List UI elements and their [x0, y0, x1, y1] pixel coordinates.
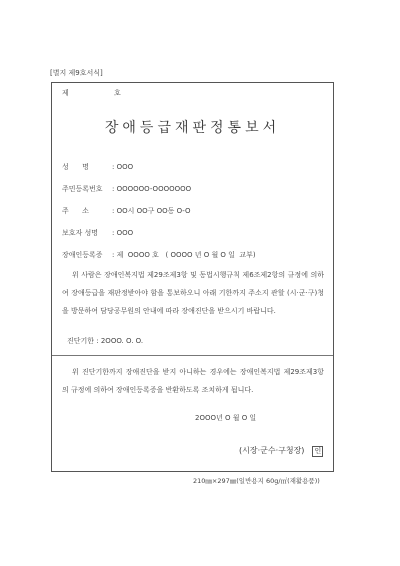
- issue-date: 2OOO년 O 월 O 일: [195, 413, 256, 423]
- seal-icon: 인: [312, 446, 323, 457]
- issuer-signature: (시장·군수·구청장)인: [239, 445, 323, 457]
- issuer-title: (시장·군수·구청장): [239, 446, 304, 455]
- field-value: : 제 OOOO 호 ( OOOO 년 O 월 O 일 교부): [112, 250, 256, 260]
- paper-specification: 210㎜×297㎜(일반용지 60g/㎡(재활용품)): [193, 476, 320, 485]
- field-value: : OOO: [112, 229, 133, 237]
- field-value: : OO시 OO구 OO동 O-O: [112, 206, 191, 216]
- warning-paragraph: 위 진단기한까지 장애진단을 받지 아니하는 경우에는 장애인복지법 제29조제…: [62, 363, 324, 399]
- field-registration-card: 장애인등록증: 제 OOOO 호 ( OOOO 년 O 월 O 일 교부): [62, 250, 256, 260]
- number-suffix: 호: [114, 88, 121, 98]
- form-number: [별지 제9호서식]: [50, 68, 103, 78]
- field-guardian-name: 보호자 성명: OOO: [62, 228, 133, 238]
- section-divider: [52, 355, 333, 356]
- field-label: 주 소: [62, 206, 112, 216]
- field-name: 성 명: OOO: [62, 162, 133, 172]
- field-address: 주 소: OO시 OO구 OO동 O-O: [62, 206, 191, 216]
- field-resident-number: 주민등록번호: OOOOOO-OOOOOOO: [62, 184, 191, 194]
- number-prefix: 제: [62, 89, 69, 97]
- field-value: : OOOOOO-OOOOOOO: [112, 185, 191, 193]
- document-title: 장애등급재판정통보서: [52, 117, 333, 137]
- notice-paragraph: 위 사람은 장애인복지법 제29조제3항 및 동법시행규칙 제6조제2항의 규정…: [62, 266, 324, 320]
- field-label: 성 명: [62, 162, 112, 172]
- field-value: : OOO: [112, 163, 133, 171]
- field-label: 장애인등록증: [62, 250, 112, 260]
- notice-form-box: 제 호 장애등급재판정통보서 성 명: OOO 주민등록번호: OOOOOO-O…: [51, 82, 334, 472]
- document-number-line: 제 호: [62, 88, 69, 98]
- field-label: 주민등록번호: [62, 184, 112, 194]
- diagnosis-deadline: 진단기한 : 2OOO. O. O.: [67, 336, 143, 346]
- field-label: 보호자 성명: [62, 228, 112, 238]
